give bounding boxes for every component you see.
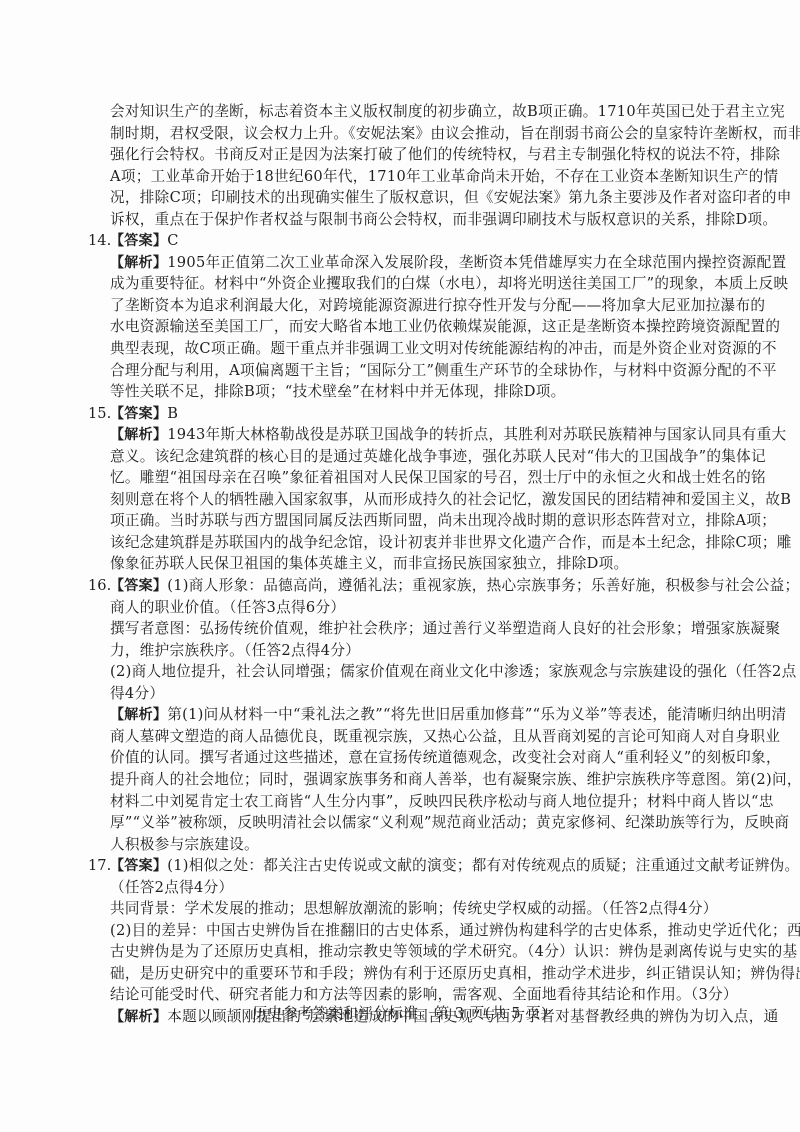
question-number: 15. [88,403,110,425]
text-line: 得4分） [88,683,720,705]
text-line: 刻则意在将个人的牺牲融入国家叙事，从而形成持久的社会记忆，激发国民的团结精神和爱… [88,489,720,511]
question-16: 16.【答案】(1)商人形象：品德高尚，遵循礼法；重视家族，热心宗族事务；乐善好… [88,575,720,855]
text-line: (2)目的差异：中国古史辨伪旨在推翻旧的古史体系，通过辨伪构建科学的古史体系，推… [88,920,720,942]
text-line: 价值的认同。撰写者通过这些描述，意在宣扬传统道德观念，改变社会对商人“重利轻义”… [88,747,720,769]
text-line: （任答2点得4分） [88,877,720,899]
answer-value: C [167,232,178,249]
answer-line: 15.【答案】B [88,403,720,425]
text-line: 提升商人的社会地位；同时，强调家族事务和商人善举，也有凝聚宗族、维护宗族秩序等意… [88,769,720,791]
text-line: 力，维护宗族秩序。（任答2点得4分） [88,640,720,662]
answer-line: 14.【答案】C [88,230,720,252]
analysis-tag: 【解析】 [110,255,167,271]
answer-line: 16.【答案】(1)商人形象：品德高尚，遵循礼法；重视家族，热心宗族事务；乐善好… [88,575,720,597]
answer-tag: 【答案】 [110,578,167,594]
answer-tag: 【答案】 [110,858,167,874]
text-line: 等性关联不足，排除B项；“技术壁垒”在材料中并无体现，排除D项。 [88,381,720,403]
footer-title: 历史参考答案和评分标准 [253,1005,419,1022]
analysis-tag: 【解析】 [110,707,167,723]
text-line: 合理分配与利用，A项偏离题干主旨；“国际分工”侧重生产环节的全球协作，与材料中资… [88,360,720,382]
question-14: 14.【答案】C 【解析】1905年正值第二次工业革命深入发展阶段，垄断资本凭借… [88,230,720,402]
text-line: 该纪念建筑群是苏联国内的战争纪念馆，设计初衷并非世界文化遗产合作，而是本土纪念，… [88,532,720,554]
text-line: 况，排除C项；印刷技术的出现确实催生了版权意识，但《安妮法案》第九条主要涉及作者… [88,187,720,209]
text-line: 典型表现，故C项正确。题干重点并非强调工业文明对传统能源结构的冲击，而是外资企业… [88,338,720,360]
text-line: 础，是历史研究中的重要环节和手段；辨伪有利于还原历史真相，推动学术进步，纠正错误… [88,963,720,985]
analysis-tag: 【解析】 [110,427,167,443]
text-line: 了垄断资本为追求利润最大化，对跨境能源资源进行掠夺性开发与分配——将加拿大尼亚加… [88,295,720,317]
question-number: 16. [88,575,110,597]
text-line: 人积极参与宗族建设。 [88,834,720,856]
question-number: 17. [88,855,110,877]
text-line: 成为重要特征。材料中“外资企业攫取我们的白煤（水电），却将光明送往美国工厂”的现… [88,273,720,295]
page-number: 第 3 页(共 5 页) [435,1005,548,1022]
analysis-line: 【解析】1943年斯大林格勒战役是苏联卫国战争的转折点，其胜利对苏联民族精神与国… [88,424,720,446]
analysis-text: 1905年正值第二次工业革命深入发展阶段，垄断资本凭借雄厚实力在全球范围内操控资… [167,254,786,271]
text-line: 强化行会特权。书商反对正是因为法案打破了他们的传统特权，与君主专制强化特权的说法… [88,144,720,166]
text-line: A项；工业革命开始于18世纪60年代，1710年工业革命尚未开始，不存在工业资本… [88,166,720,188]
answer-text: (1)商人形象：品德高尚，遵循礼法；重视家族，热心宗族事务；乐善好施，积极参与社… [167,577,800,594]
text-line: 像象征苏联人民保卫祖国的集体英雄主义，而非宣扬民族国家独立，排除D项。 [88,553,720,575]
answer-key-content: 会对知识生产的垄断，标志着资本主义版权制度的初步确立，故B项正确。1710年英国… [88,101,720,1028]
question-15: 15.【答案】B 【解析】1943年斯大林格勒战役是苏联卫国战争的转折点，其胜利… [88,403,720,575]
text-line: 意义。该纪念建筑群的核心目的是通过英雄化战争事迹，强化苏联人民对“伟大的卫国战争… [88,446,720,468]
text-line: 项正确。当时苏联与西方盟国同属反法西斯同盟，尚未出现冷战时期的意识形态阵营对立，… [88,510,720,532]
analysis-line: 【解析】第(1)问从材料一中“秉礼法之教”“将先世旧居重加修葺”“乐为义举”等表… [88,704,720,726]
page-footer: 历史参考答案和评分标准第 3 页(共 5 页) [0,1002,800,1023]
text-line: 忆。雕塑“祖国母亲在召唤”象征着祖国对人民保卫国家的号召，烈士厅中的永恒之火和战… [88,467,720,489]
text-line: 古史辨伪是为了还原历史真相，推动宗教史等领域的学术研究。（4分）认识：辨伪是剥离… [88,941,720,963]
text-line: 会对知识生产的垄断，标志着资本主义版权制度的初步确立，故B项正确。1710年英国… [88,101,720,123]
analysis-text: 第(1)问从材料一中“秉礼法之教”“将先世旧居重加修葺”“乐为义举”等表述，能清… [167,706,786,723]
text-line: 撰写者意图：弘扬传统价值观，维护社会秩序；通过善行义举塑造商人良好的社会形象；增… [88,618,720,640]
text-line: 制时期，君权受限，议会权力上升。《安妮法案》由议会推动，旨在削弱书商公会的皇家特… [88,123,720,145]
answer-text: (1)相似之处：都关注古史传说或文献的演变；都有对传统观点的质疑；注重通过文献考… [167,857,799,874]
text-line: 厚”“义举”被称颂，反映明清社会以儒家“义利观”规范商业活动；黄克家修祠、纪滐助… [88,812,720,834]
question-number: 14. [88,230,110,252]
answer-line: 17.【答案】(1)相似之处：都关注古史传说或文献的演变；都有对传统观点的质疑；… [88,855,720,877]
text-line: 水电资源输送至美国工厂，而安大略省本地工业仍依赖煤炭能源，这正是垄断资本操控跨境… [88,316,720,338]
analysis-text: 1943年斯大林格勒战役是苏联卫国战争的转折点，其胜利对苏联民族精神与国家认同具… [167,426,786,443]
text-line: 商人墓碑文塑造的商人品德优良，既重视宗族，又热心公益，且从晋商刘冕的言论可知商人… [88,726,720,748]
answer-value: B [167,405,178,422]
document-page: 会对知识生产的垄断，标志着资本主义版权制度的初步确立，故B项正确。1710年英国… [0,0,800,1132]
text-line: 诉权，重点在于保护作者权益与限制书商公会特权，而非强调印刷技术与版权意识的关系，… [88,209,720,231]
q13-analysis-continuation: 会对知识生产的垄断，标志着资本主义版权制度的初步确立，故B项正确。1710年英国… [88,101,720,230]
text-line: 共同背景：学术发展的推动；思想解放潮流的影响；传统史学权威的动摇。（任答2点得4… [88,898,720,920]
analysis-line: 【解析】1905年正值第二次工业革命深入发展阶段，垄断资本凭借雄厚实力在全球范围… [88,252,720,274]
answer-tag: 【答案】 [110,406,167,422]
answer-tag: 【答案】 [110,233,167,249]
text-line: 商人的职业价值。（任答3点得6分） [88,597,720,619]
text-line: 材料二中刘冕肯定士农工商皆“人生分内事”，反映四民秩序松动与商人地位提升；材料中… [88,791,720,813]
text-line: (2)商人地位提升，社会认同增强；儒家价值观在商业文化中渗透；家族观念与宗族建设… [88,661,720,683]
